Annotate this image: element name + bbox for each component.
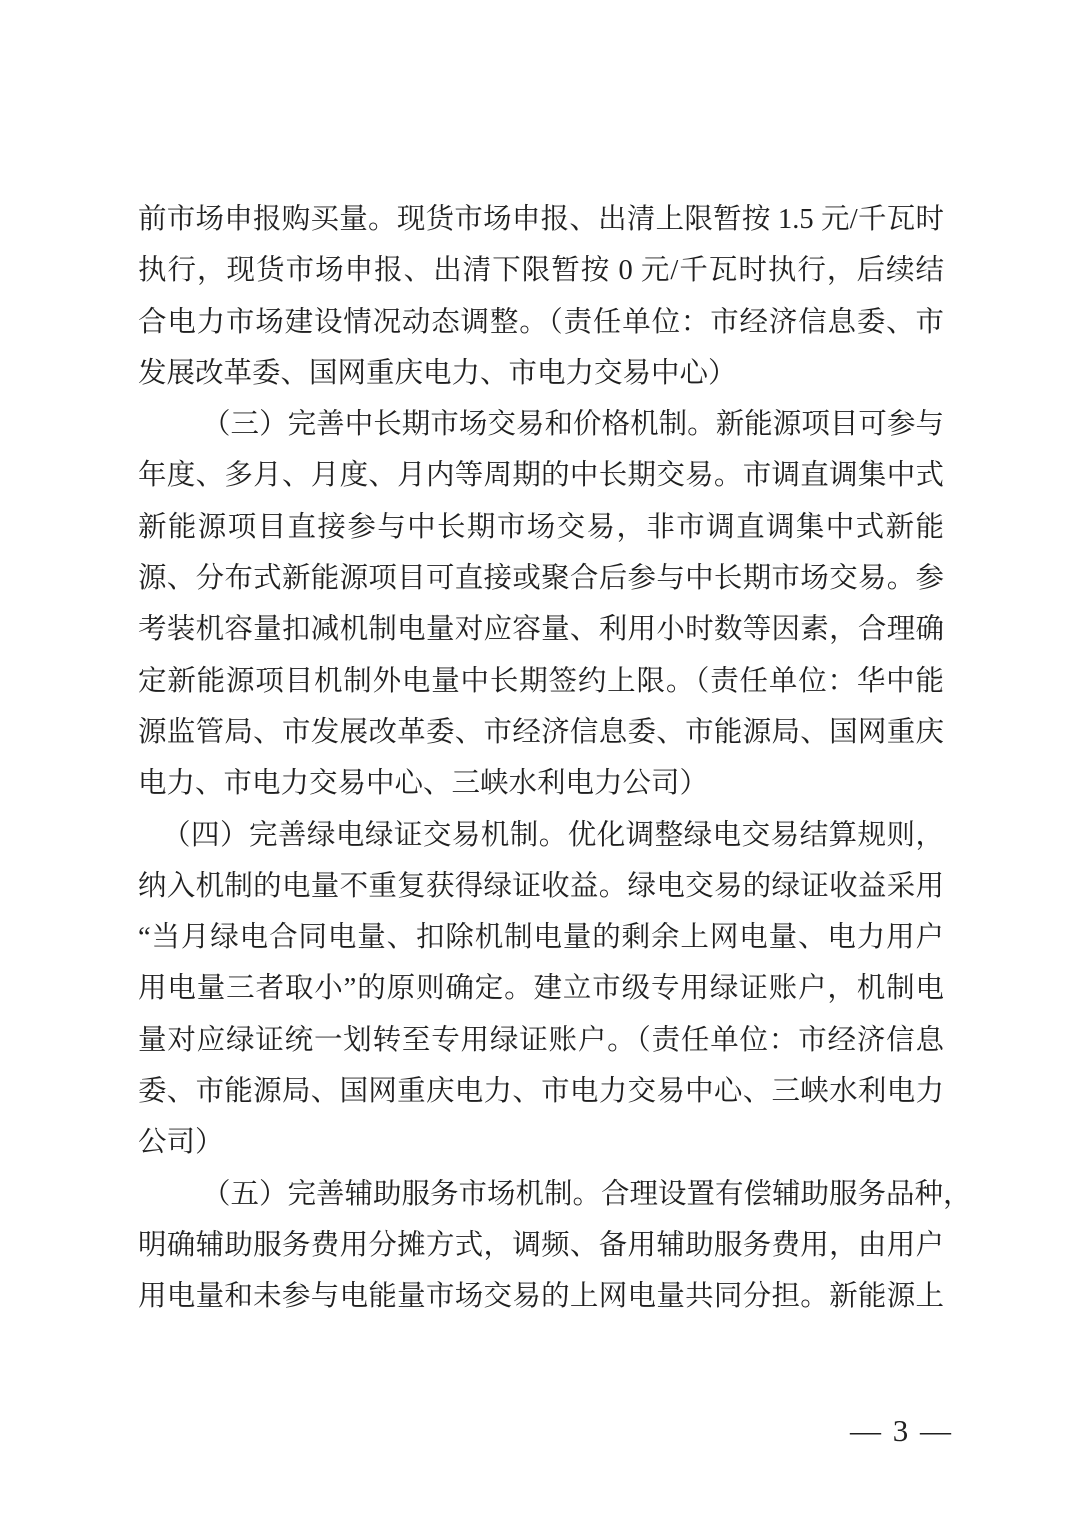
text-line: 源监管局、市发展改革委、市经济信息委、市能源局、国网重庆	[138, 707, 944, 758]
text-line: 发展改革委、国网重庆电力、市电力交易中心）	[138, 348, 944, 399]
paragraph-section-5: （五）完善辅助服务市场机制。合理设置有偿辅助服务品种， 明确辅助服务费用分摊方式…	[138, 1169, 944, 1323]
paragraph-section-4: （四）完善绿电绿证交易机制。优化调整绿电交易结算规则， 纳入机制的电量不重复获得…	[138, 810, 944, 1169]
text-line: 新能源项目直接参与中长期市场交易，非市调直调集中式新能	[138, 502, 944, 553]
text-line: 源、分布式新能源项目可直接或聚合后参与中长期市场交易。参	[138, 553, 944, 604]
text-line: 年度、多月、月度、月内等周期的中长期交易。市调直调集中式	[138, 450, 944, 501]
text-line: “当月绿电合同电量、扣除机制电量的剩余上网电量、电力用户	[138, 912, 944, 963]
text-line: 量对应绿证统一划转至专用绿证账户。（责任单位：市经济信息	[138, 1015, 944, 1066]
text-line: 定新能源项目机制外电量中长期签约上限。（责任单位：华中能	[138, 656, 944, 707]
text-line: 前市场申报购买量。现货市场申报、出清上限暂按 1.5 元/千瓦时	[138, 194, 944, 245]
text-line: 委、市能源局、国网重庆电力、市电力交易中心、三峡水利电力	[138, 1066, 944, 1117]
document-page: 前市场申报购买量。现货市场申报、出清上限暂按 1.5 元/千瓦时 执行，现货市场…	[0, 0, 1080, 1527]
text-line: 用电量三者取小”的原则确定。建立市级专用绿证账户，机制电	[138, 963, 944, 1014]
text-line: 纳入机制的电量不重复获得绿证收益。绿电交易的绿证收益采用	[138, 861, 944, 912]
text-line: （三）完善中长期市场交易和价格机制。新能源项目可参与	[138, 399, 944, 450]
text-line: 电力、市电力交易中心、三峡水利电力公司）	[138, 758, 944, 809]
document-body: 前市场申报购买量。现货市场申报、出清上限暂按 1.5 元/千瓦时 执行，现货市场…	[138, 194, 944, 1323]
text-line: （四）完善绿电绿证交易机制。优化调整绿电交易结算规则，	[138, 810, 944, 861]
paragraph-section-3: （三）完善中长期市场交易和价格机制。新能源项目可参与 年度、多月、月度、月内等周…	[138, 399, 944, 809]
text-line: 执行，现货市场申报、出清下限暂按 0 元/千瓦时执行，后续结	[138, 245, 944, 296]
text-line: 公司）	[138, 1117, 944, 1168]
text-line: 合电力市场建设情况动态调整。（责任单位：市经济信息委、市	[138, 297, 944, 348]
text-line: 明确辅助服务费用分摊方式，调频、备用辅助服务费用，由用户	[138, 1220, 944, 1271]
text-line: 用电量和未参与电能量市场交易的上网电量共同分担。新能源上	[138, 1271, 944, 1322]
text-line: （五）完善辅助服务市场机制。合理设置有偿辅助服务品种，	[138, 1169, 944, 1220]
text-line: 考装机容量扣减机制电量对应容量、利用小时数等因素，合理确	[138, 604, 944, 655]
page-number: — 3 —	[850, 1412, 953, 1450]
paragraph-continuation: 前市场申报购买量。现货市场申报、出清上限暂按 1.5 元/千瓦时 执行，现货市场…	[138, 194, 944, 399]
